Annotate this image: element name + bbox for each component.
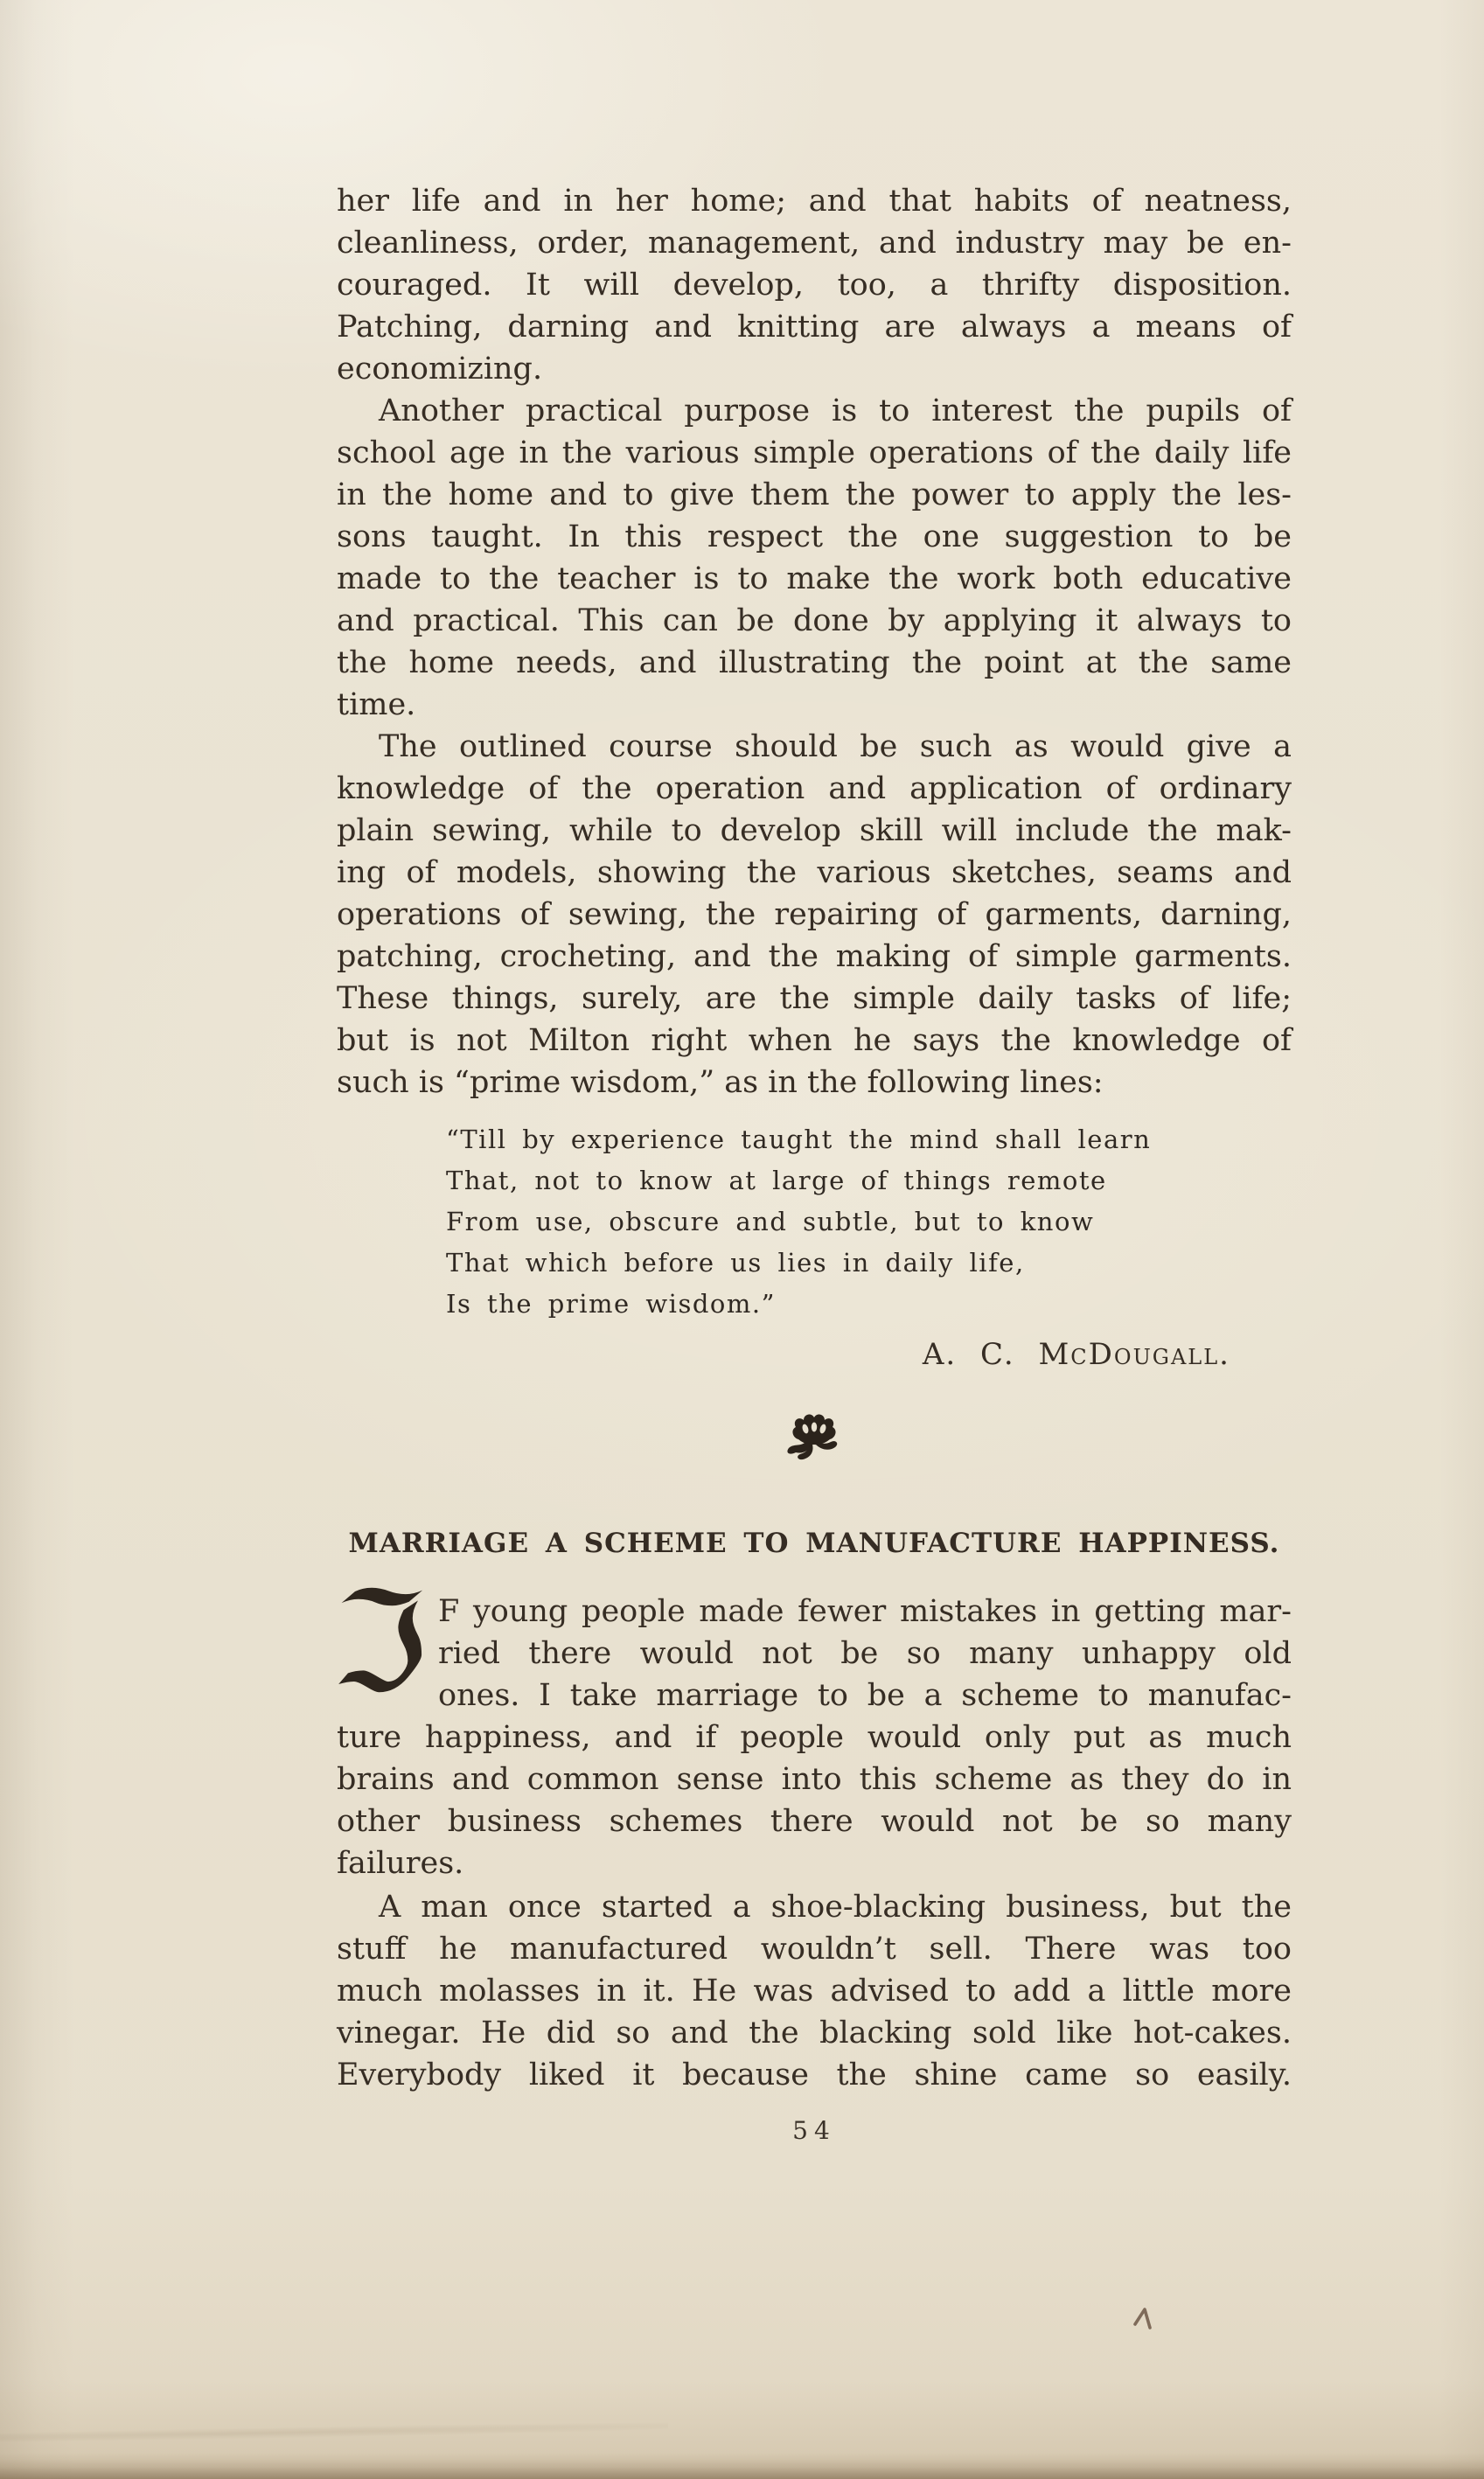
text-line: Is the prime wisdom.” (446, 1284, 1292, 1325)
poem-quote: “Till by experience taught the mind shal… (446, 1119, 1292, 1325)
text-line: school age in the various simple operati… (337, 432, 1292, 474)
paragraph-continuation: her life and in her home; and that habit… (337, 180, 1292, 390)
text-line: These things, surely, are the simple dai… (337, 978, 1292, 1020)
text-line: From use, obscure and subtle, but to kno… (446, 1201, 1292, 1243)
text-line: economizing. (337, 348, 1292, 390)
text-line: couraged. It will develop, too, a thrift… (337, 264, 1292, 306)
text-line: A man once started a shoe-blacking busin… (337, 1886, 1292, 1928)
text-line: The outlined course should be such as wo… (337, 726, 1292, 768)
text-line: ried there would not be so many unhappy … (337, 1633, 1292, 1675)
text-line: the home needs, and illustrating the poi… (337, 642, 1292, 684)
paragraph-shoe-blacking: A man once started a shoe-blacking busin… (337, 1886, 1292, 2096)
paragraph-practical-purpose: Another practical purpose is to interest… (337, 390, 1292, 726)
text-line: patching, crocheting, and the making of … (337, 936, 1292, 978)
text-line: Another practical purpose is to interest… (337, 390, 1292, 432)
text-line: ing of models, showing the various sketc… (337, 852, 1292, 894)
text-line: failures. (337, 1842, 1292, 1884)
text-line: ones. I take marriage to be a scheme to … (337, 1675, 1292, 1716)
text-line: stuff he manufactured wouldn’t sell. The… (337, 1928, 1292, 1970)
text-line: in the home and to give them the power t… (337, 474, 1292, 516)
page-number: 54 (337, 2110, 1292, 2152)
text-line: That which before us lies in daily life, (446, 1243, 1292, 1284)
text-line: operations of sewing, the repairing of g… (337, 894, 1292, 936)
text-line: time. (337, 684, 1292, 726)
text-line: her life and in her home; and that habit… (337, 180, 1292, 222)
text-line: F young people made fewer mistakes in ge… (337, 1591, 1292, 1633)
text-line: “Till by experience taught the mind shal… (446, 1119, 1292, 1160)
text-line: plain sewing, while to develop skill wil… (337, 810, 1292, 852)
text-line: but is not Milton right when he says the… (337, 1020, 1292, 1062)
text-line: such is “prime wisdom,” as in the follow… (337, 1062, 1292, 1104)
attribution: A. C. McDougall. (337, 1334, 1292, 1375)
dropcap-letter-I: ℑ (331, 1591, 438, 1716)
dropcap-paragraph-lines: F young people made fewer mistakes in ge… (337, 1591, 1292, 1884)
text-line: Patching, darning and knitting are alway… (337, 306, 1292, 348)
text-line: much molasses in it. He was advised to a… (337, 1970, 1292, 2012)
text-line: made to the teacher is to make the work … (337, 558, 1292, 600)
section-heading: MARRIAGE A SCHEME TO MANUFACTURE HAPPINE… (337, 1522, 1292, 1564)
text-line: Everybody liked it because the shine cam… (337, 2054, 1292, 2096)
page-bottom-edge-shadow (0, 2453, 1484, 2479)
text-line: and practical. This can be done by apply… (337, 600, 1292, 642)
paragraph-if-young-people: ℑ F young people made fewer mistakes in … (337, 1591, 1292, 1884)
text-line: other business schemes there would not b… (337, 1800, 1292, 1842)
text-line: That, not to know at large of things rem… (446, 1160, 1292, 1201)
paragraph-outlined-course: The outlined course should be such as wo… (337, 726, 1292, 1104)
text-line: brains and common sense into this scheme… (337, 1758, 1292, 1800)
text-line: sons taught. In this respect the one sug… (337, 516, 1292, 558)
text-line: ture happiness, and if people would only… (337, 1716, 1292, 1758)
text-line: cleanliness, order, management, and indu… (337, 222, 1292, 264)
text-column: her life and in her home; and that habit… (337, 180, 1292, 2152)
floral-ornament-icon (337, 1412, 1292, 1466)
pencil-caret-mark (1130, 2303, 1165, 2335)
text-line: knowledge of the operation and applicati… (337, 768, 1292, 810)
text-line: vinegar. He did so and the blacking sold… (337, 2012, 1292, 2054)
